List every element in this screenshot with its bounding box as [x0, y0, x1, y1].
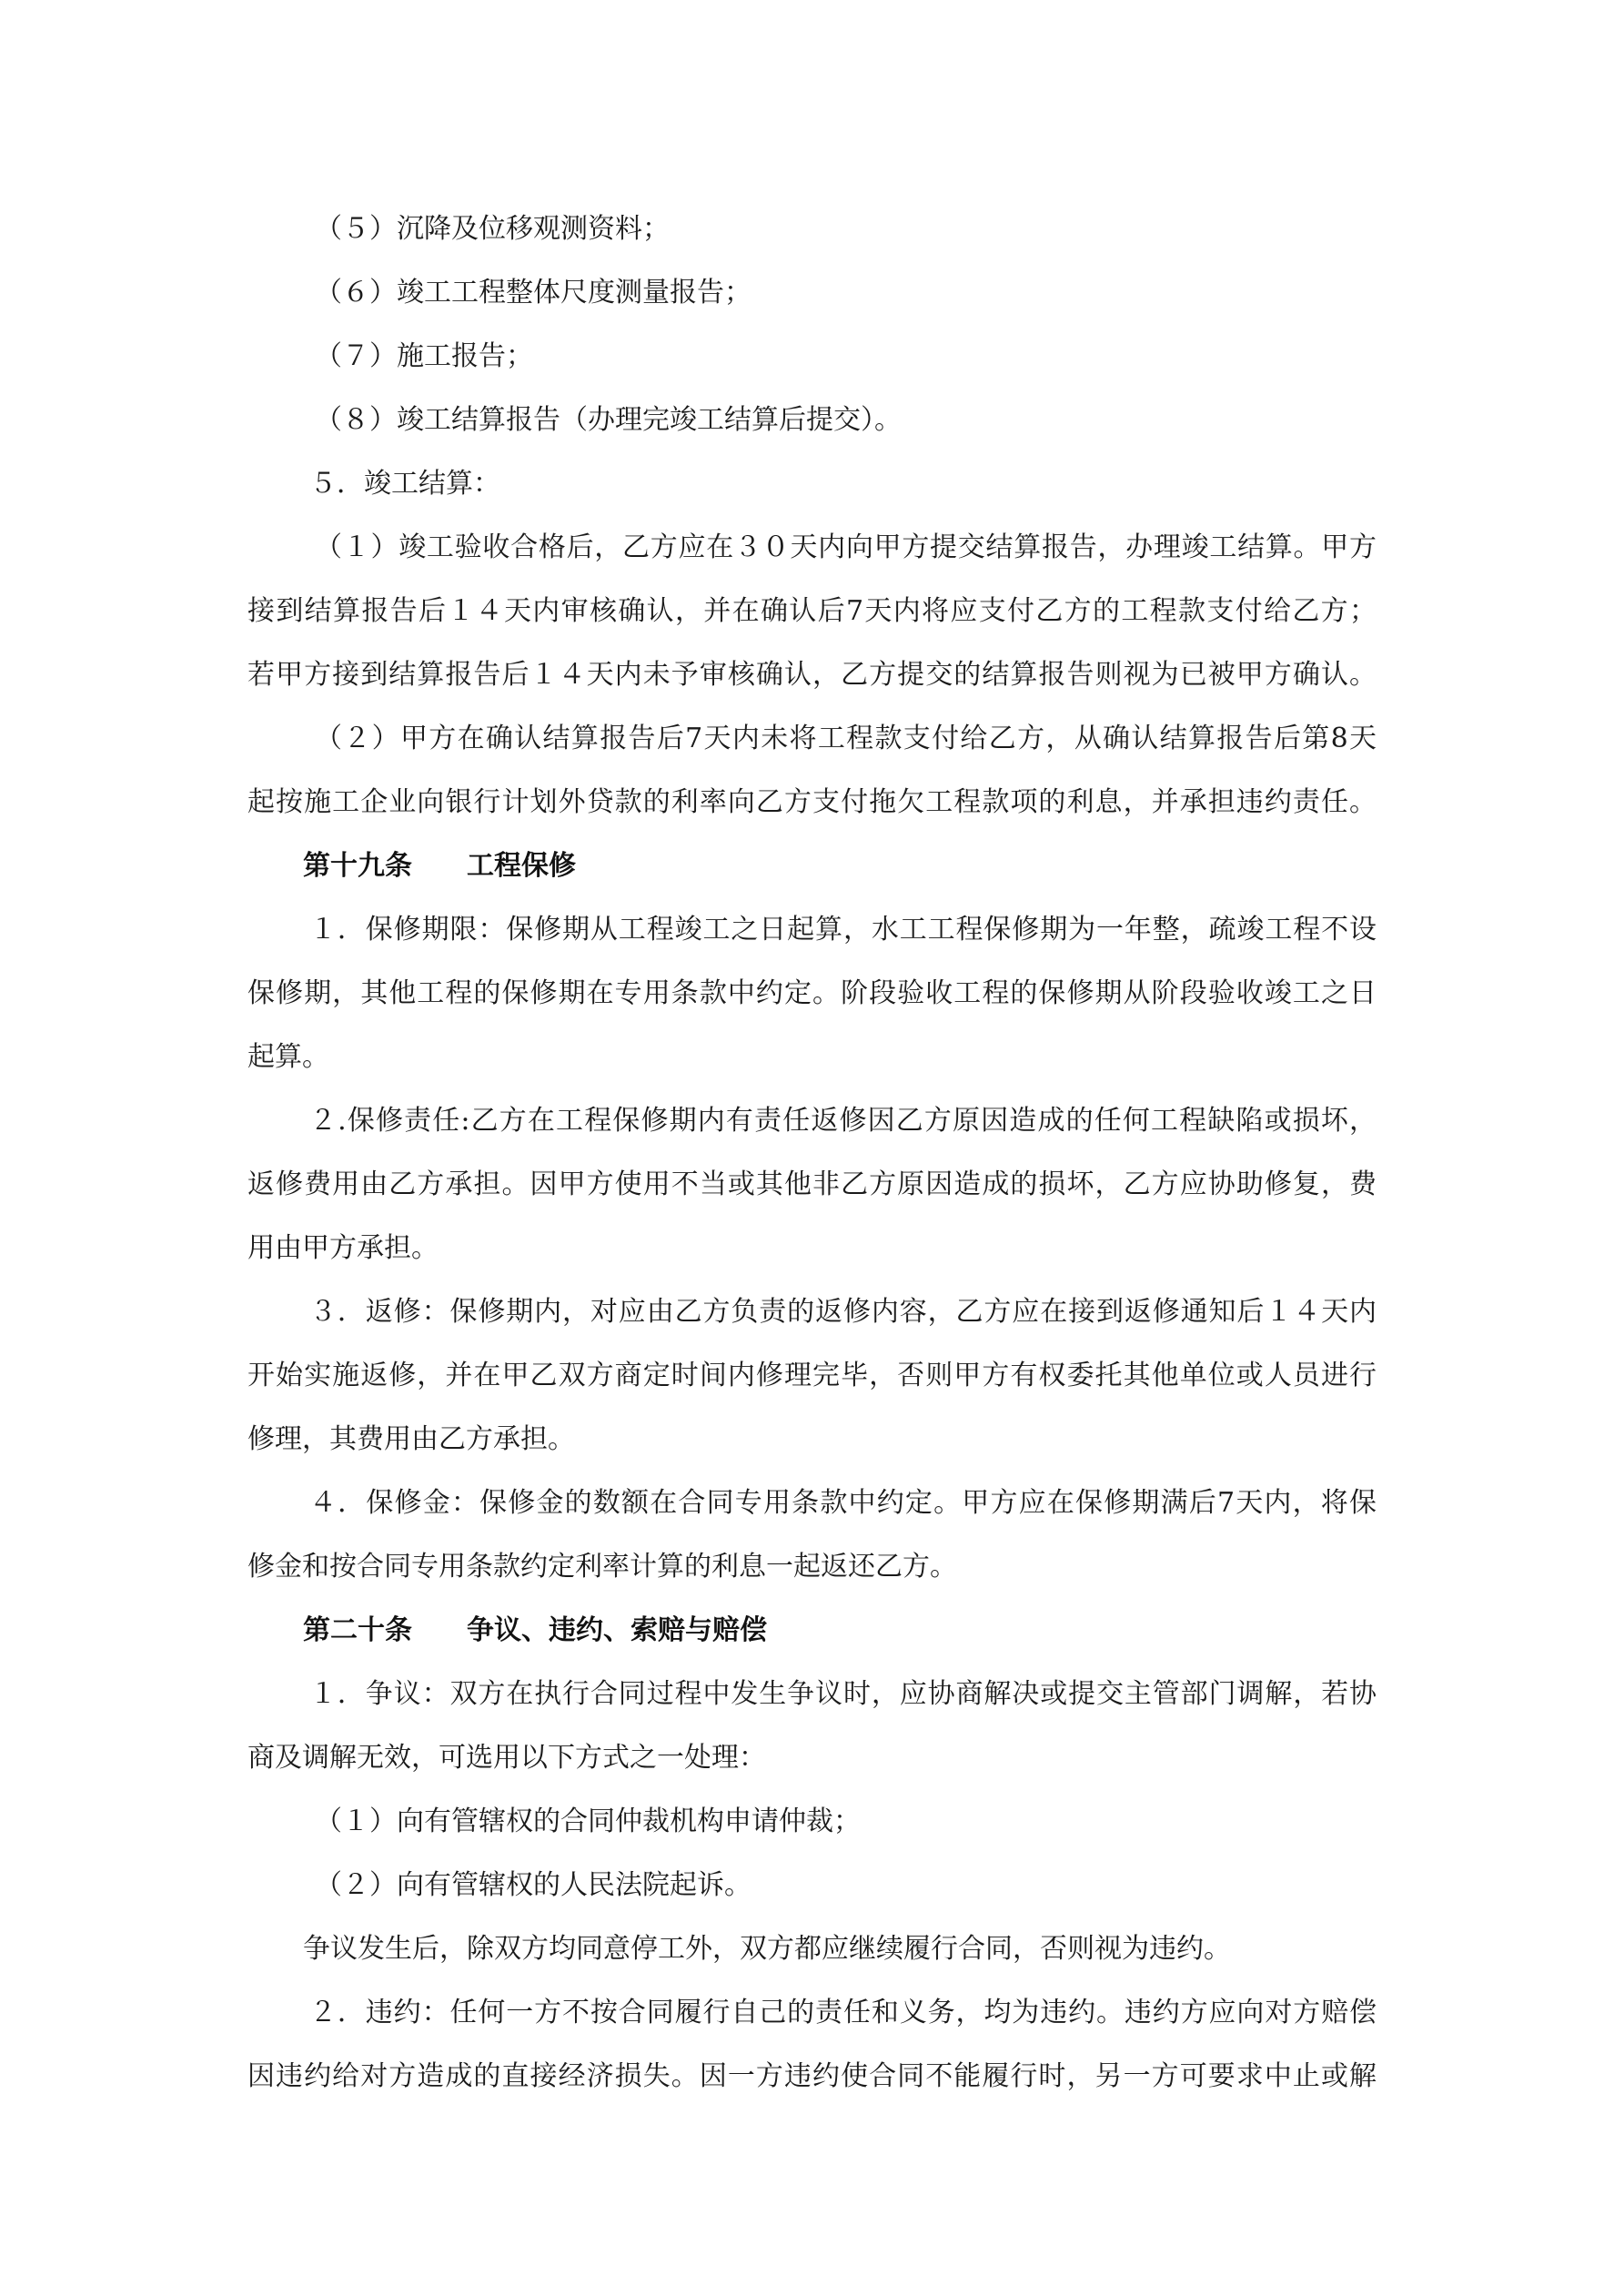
article-number: 第十九条	[303, 850, 412, 882]
paragraph-line: １．争议：双方在执行合同过程中发生争议时，应协商解决或提交主管部门调解，若协	[309, 1676, 1377, 1713]
article-title: 工程保修	[467, 850, 576, 882]
document-page: （５）沉降及位移观测资料； （６）竣工工程整体尺度测量报告； （７）施工报告； …	[0, 0, 1624, 2296]
paragraph-line: 用由甲方承担。	[247, 1230, 1377, 1267]
list-item-2: （２）向有管辖权的人民法院起诉。	[315, 1867, 1377, 1904]
paragraph-line: 起按施工企业向银行计划外贷款的利率向乙方支付拖欠工程款项的利息，并承担违约责任。	[247, 784, 1377, 821]
paragraph-line: 接到结算报告后１４天内审核确认，并在确认后7天内将应支付乙方的工程款支付给乙方；	[247, 593, 1377, 630]
paragraph-line: ２．违约：任何一方不按合同履行自己的责任和义务，均为违约。违约方应向对方赔偿	[309, 1995, 1377, 2031]
paragraph-line: 起算。	[247, 1039, 1377, 1076]
list-item-7: （７）施工报告；	[315, 339, 1377, 375]
paragraph-line: ２.保修责任:乙方在工程保修期内有责任返修因乙方原因造成的任何工程缺陷或损坏，	[309, 1103, 1377, 1139]
section-heading-completion-settlement: ５．竣工结算：	[309, 466, 1377, 502]
list-item-1: （１）向有管辖权的合同仲裁机构申请仲裁；	[315, 1804, 1377, 1840]
paragraph-line: ３．返修：保修期内，对应由乙方负责的返修内容，乙方应在接到返修通知后１４天内	[309, 1294, 1377, 1330]
list-item-5: （５）沉降及位移观测资料；	[315, 211, 1377, 248]
list-item-6: （６）竣工工程整体尺度测量报告；	[315, 275, 1377, 311]
list-item-8: （８）竣工结算报告（办理完竣工结算后提交）。	[315, 402, 1377, 439]
paragraph-line: 修理，其费用由乙方承担。	[247, 1421, 1377, 1458]
article-title: 争议、违约、索赔与赔偿	[467, 1614, 767, 1646]
paragraph-line: 商及调解无效，可选用以下方式之一处理：	[247, 1740, 1377, 1776]
paragraph-line: 返修费用由乙方承担。因甲方使用不当或其他非乙方原因造成的损坏，乙方应协助修复，费	[247, 1167, 1377, 1203]
paragraph-line: （２）甲方在确认结算报告后7天内未将工程款支付给乙方，从确认结算报告后第8天	[315, 721, 1377, 757]
article-heading-20: 第二十条争议、违约、索赔与赔偿	[303, 1613, 1377, 1649]
article-heading-19: 第十九条工程保修	[303, 848, 1377, 885]
paragraph-line: 因违约给对方造成的直接经济损失。因一方违约使合同不能履行时，另一方可要求中止或解	[247, 2058, 1377, 2095]
article-number: 第二十条	[303, 1614, 412, 1646]
paragraph-line: 保修期，其他工程的保修期在专用条款中约定。阶段验收工程的保修期从阶段验收竣工之日	[247, 976, 1377, 1012]
paragraph-line: （１）竣工验收合格后，乙方应在３０天内向甲方提交结算报告，办理竣工结算。甲方	[315, 530, 1377, 566]
paragraph-line: 修金和按合同专用条款约定利率计算的利息一起返还乙方。	[247, 1549, 1377, 1585]
paragraph-line: 开始实施返修，并在甲乙双方商定时间内修理完毕，否则甲方有权委托其他单位或人员进行	[247, 1358, 1377, 1394]
paragraph-line: １．保修期限：保修期从工程竣工之日起算，水工工程保修期为一年整，疏竣工程不设	[309, 912, 1377, 948]
paragraph-line: 争议发生后，除双方均同意停工外，双方都应继续履行合同，否则视为违约。	[303, 1931, 1377, 1967]
paragraph-line: 若甲方接到结算报告后１４天内未予审核确认，乙方提交的结算报告则视为已被甲方确认。	[247, 657, 1377, 693]
paragraph-line: ４．保修金：保修金的数额在合同专用条款中约定。甲方应在保修期满后7天内，将保	[309, 1485, 1377, 1522]
